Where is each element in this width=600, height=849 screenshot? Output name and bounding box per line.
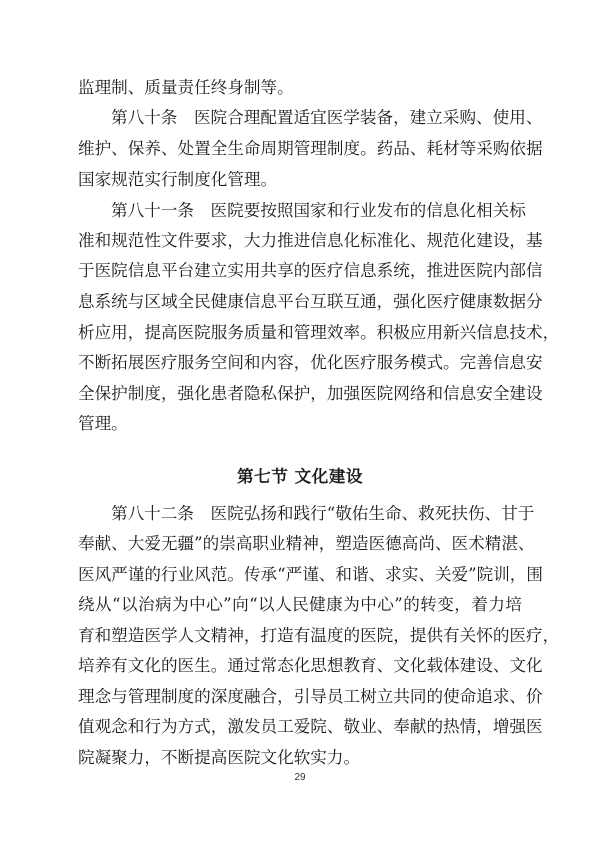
article-80-line: 维护、保养、处置全生命周期管理制度。药品、耗材等采购依据 [78,134,522,164]
article-81-line: 于医院信息平台建立实用共享的医疗信息系统，推进医院内部信 [78,256,522,286]
article-81-line: 管理。 [78,409,522,439]
article-82-line: 理念与管理制度的深度融合，引导员工树立共同的使命追求、价 [78,682,522,712]
article-82-line: 奉献、大爱无疆”的崇高职业精神，塑造医德高尚、医术精湛、 [78,529,522,559]
document-page: 监理制、质量责任终身制等。 第八十条 医院合理配置适宜医学装备，建立采购、使用、… [0,0,600,849]
article-81-line: 准和规范性文件要求，大力推进信息化标准化、规范化建设，基 [78,226,522,256]
article-80-line: 国家规范实行制度化管理。 [78,165,522,195]
article-81-line: 析应用，提高医院服务质量和管理效率。积极应用新兴信息技术， [78,318,522,348]
article-81-line: 息系统与区域全民健康信息平台互联互通，强化医疗健康数据分 [78,287,522,317]
article-82-line: 第八十二条 医院弘扬和践行“敬佑生命、救死扶伤、甘于 [111,499,522,529]
page-number: 29 [0,772,600,783]
article-82-line: 培养有文化的医生。通过常态化思想教育、文化载体建设、文化 [78,651,522,681]
article-81-line: 不断拓展医疗服务空间和内容，优化医疗服务模式。完善信息安 [78,348,522,378]
article-82-line: 医风严谨的行业风范。传承“严谨、和谐、求实、关爱”院训，围 [78,560,522,590]
section-heading: 第七节 文化建设 [0,461,600,491]
article-81-line: 第八十一条 医院要按照国家和行业发布的信息化相关标 [111,196,522,226]
article-81-line: 全保护制度，强化患者隐私保护，加强医院网络和信息安全建设 [78,379,522,409]
article-82-line: 值观念和行为方式，激发员工爱院、敬业、奉献的热情，增强医 [78,712,522,742]
article-82-line: 育和塑造医学人文精神，打造有温度的医院，提供有关怀的医疗， [78,621,522,651]
text-line: 监理制、质量责任终身制等。 [78,73,522,103]
article-82-line: 绕从“以治病为中心”向“以人民健康为中心”的转变，着力培 [78,590,522,620]
article-80-line: 第八十条 医院合理配置适宜医学装备，建立采购、使用、 [111,103,522,133]
article-82-line: 院凝聚力，不断提高医院文化软实力。 [78,743,522,773]
